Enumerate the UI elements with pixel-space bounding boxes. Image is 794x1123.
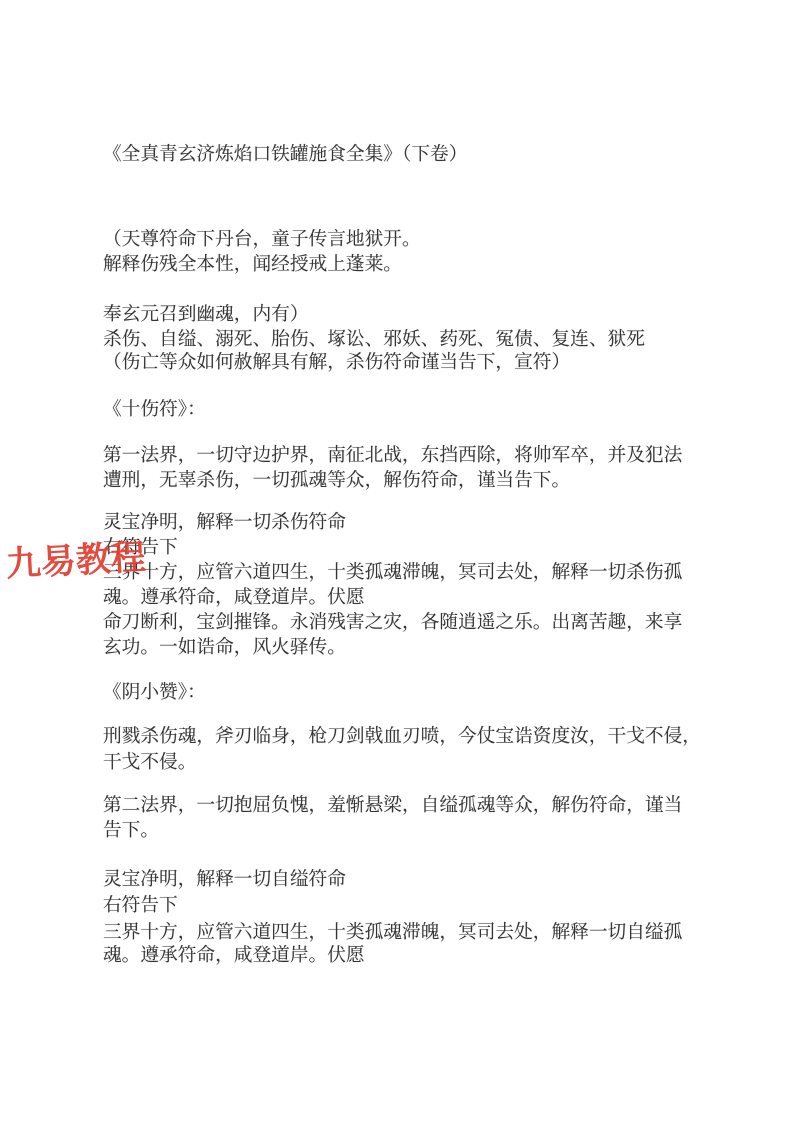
doc-line: 第二法界，一切抱屈负愧，羞惭悬梁，自缢孤魂等众，解伤符命，谨当 <box>103 793 682 818</box>
doc-line: 杀伤、自缢、溺死、胎伤、塚讼、邪妖、药死、冤债、复连、狱死 <box>103 327 645 352</box>
watermark: 九易教程 <box>5 538 147 585</box>
doc-line: 右符告下 <box>103 893 178 918</box>
doc-line: 玄功。一如诰命，风火驿传。 <box>103 635 346 660</box>
doc-section-heading: 《十伤符》： <box>103 397 206 422</box>
doc-line: 命刀断利，宝剑摧锋。永消残害之灾，各随逍遥之乐。出离苦趣，来享 <box>103 610 682 635</box>
doc-line: （天尊符命下丹台，童子传言地狱开。 <box>103 227 421 252</box>
doc-line: 灵宝净明，解释一切杀伤符命 <box>103 510 346 535</box>
doc-line: 干戈不侵。 <box>103 750 196 775</box>
doc-line: 三界十方，应管六道四生，十类孤魂滞魄，冥司去处，解释一切自缢孤 <box>103 920 682 945</box>
doc-line: 遭刑，无辜杀伤，一切孤魂等众，解伤符命，谨当告下。 <box>103 468 570 493</box>
doc-line: 告下。 <box>103 818 159 843</box>
doc-line: 刑戮杀伤魂，斧刃临身，枪刀剑戟血刃喷，今仗宝诰资度汝，干戈不侵， <box>103 724 701 749</box>
doc-line: 奉玄元召到幽魂，内有） <box>103 302 309 327</box>
doc-line: 魂。遵承符命，咸登道岸。伏愿 <box>103 943 365 968</box>
document-page: 《全真青玄济炼焰口铁罐施食全集》（下卷） （天尊符命下丹台，童子传言地狱开。 解… <box>0 0 794 1123</box>
doc-title: 《全真青玄济炼焰口铁罐施食全集》（下卷） <box>103 142 467 167</box>
doc-line: （伤亡等众如何赦解具有解，杀伤符命谨当告下，宣符） <box>103 350 570 375</box>
doc-line: 魂。遵承符命，咸登道岸。伏愿 <box>103 585 365 610</box>
doc-section-heading: 《阴小赞》： <box>103 680 206 705</box>
doc-line: 三界十方，应管六道四生，十类孤魂滞魄，冥司去处，解释一切杀伤孤 <box>103 560 682 585</box>
doc-line: 第一法界，一切守边护界，南征北战，东挡西除，将帅军卒，并及犯法 <box>103 443 682 468</box>
doc-line: 解释伤残全本性，闻经授戒上蓬莱。 <box>103 252 402 277</box>
doc-line: 灵宝净明，解释一切自缢符命 <box>103 867 346 892</box>
